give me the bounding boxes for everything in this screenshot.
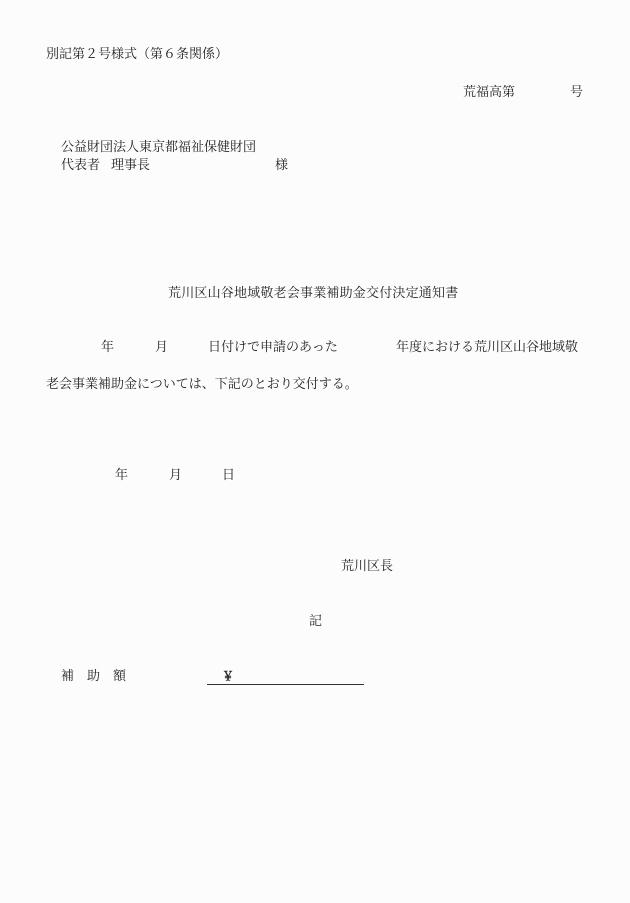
issue-date-day: 日 [222,468,235,484]
amount-label-char: 補 [61,669,74,684]
issue-date-month: 月 [169,468,182,484]
amount-label-char: 額 [113,669,126,684]
addressee-honorific: 様 [275,158,288,174]
addressee-organization: 公益財団法人東京都福祉保健財団 [61,140,256,156]
application-year-label: 年 [101,340,114,356]
amount-label: 補助額 [61,669,139,685]
issuer-name: 荒川区長 [341,559,393,575]
issue-date-year: 年 [115,468,128,484]
doc-number-prefix: 荒福高第 [463,85,515,101]
amount-field[interactable]: ￥ [207,668,364,685]
form-label: 別記第２号様式（第６条関係） [46,47,228,63]
amount-label-char: 助 [87,669,100,684]
document-title: 荒川区山谷地域敬老会事業補助金交付決定通知書 [168,286,458,302]
yen-symbol: ￥ [222,668,234,684]
doc-number-suffix: 号 [570,85,583,101]
application-day-text: 日付けで申請のあった [208,340,338,356]
application-month-label: 月 [155,340,168,356]
addressee-representative: 代表者 [61,158,100,174]
ki-heading: 記 [309,614,322,630]
body-text-line2: 老会事業補助金については、下記のとおり交付する。 [46,377,358,393]
fiscal-year-text: 年度における荒川区山谷地域敬 [396,340,578,356]
addressee-title: 理事長 [111,158,150,174]
